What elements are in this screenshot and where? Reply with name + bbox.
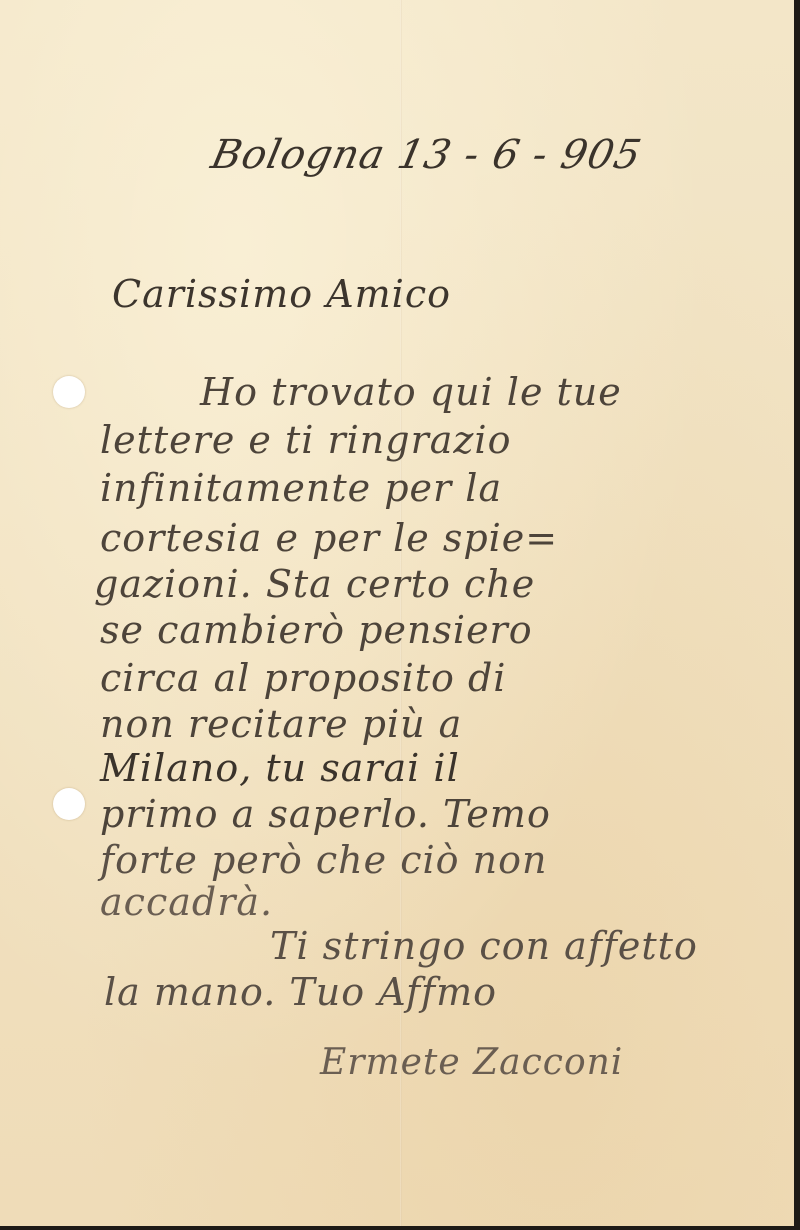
body-line: lettere e ti ringrazio — [100, 418, 511, 462]
body-line: non recitare più a — [100, 702, 462, 746]
body-line: cortesia e per le spie= — [100, 516, 558, 560]
place-date: Bologna 13 - 6 - 905 — [207, 132, 646, 178]
salutation: Carissimo Amico — [112, 272, 451, 316]
body-line: gazioni. Sta certo che — [94, 562, 535, 606]
body-line: Milano, tu sarai il — [100, 746, 460, 790]
body-line: circa al proposito di — [100, 656, 506, 700]
closing-line: la mano. Tuo Affmo — [104, 970, 497, 1014]
signature: Ermete Zacconi — [320, 1042, 623, 1083]
punch-hole-top — [53, 376, 85, 408]
body-line: primo a saperlo. Temo — [100, 792, 551, 836]
punch-hole-bottom — [53, 788, 85, 820]
body-line: forte però che ciò non — [100, 838, 547, 882]
body-line: se cambierò pensiero — [100, 608, 533, 652]
body-line: infinitamente per la — [100, 466, 502, 510]
letter-page: Bologna 13 - 6 - 905 Carissimo Amico Ho … — [0, 0, 800, 1230]
body-line: Ho trovato qui le tue — [200, 370, 622, 414]
closing-line: Ti stringo con affetto — [270, 924, 698, 968]
body-line: accadrà. — [100, 880, 273, 924]
